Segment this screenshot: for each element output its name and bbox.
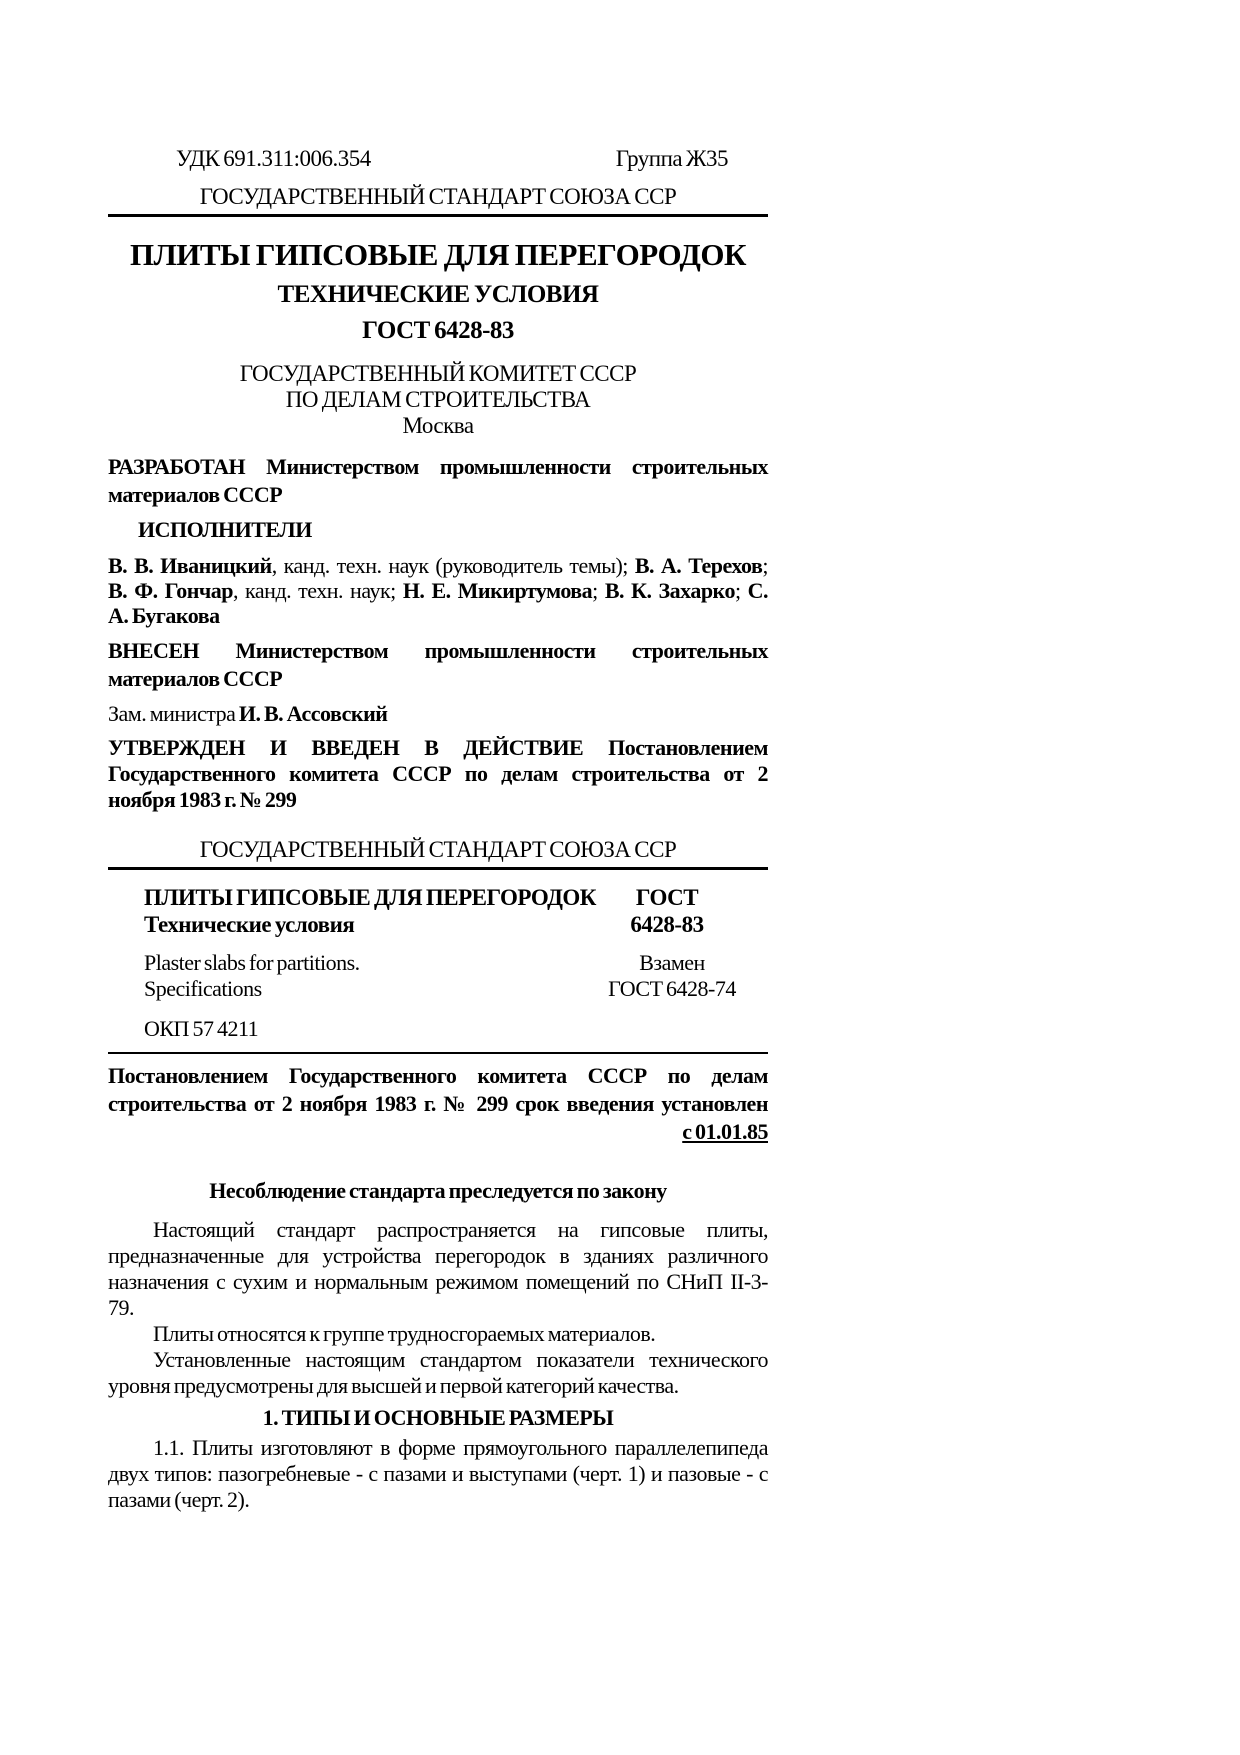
document-body: УДК 691.311:006.354 Группа Ж35 ГОСУДАРСТ…: [108, 0, 768, 1513]
law-notice: Несоблюдение стандарта преследуется по з…: [108, 1178, 768, 1204]
executor-name: В. В. Иваницкий: [108, 553, 272, 578]
title-block-left: ПЛИТЫ ГИПСОВЫЕ ДЛЯ ПЕРЕГОРОДОК Техническ…: [108, 884, 602, 938]
gost-label: ГОСТ: [602, 884, 732, 911]
developed-line: материалов СССР: [108, 481, 768, 509]
executor-role: , канд. техн. наук (руководитель темы);: [272, 553, 635, 578]
classification-row: УДК 691.311:006.354 Группа Ж35: [108, 146, 768, 172]
section-1-heading: 1. ТИПЫ И ОСНОВНЫЕ РАЗМЕРЫ: [108, 1405, 768, 1431]
enactment-date: с 01.01.85: [682, 1119, 768, 1144]
state-standard-heading-2: ГОСУДАРСТВЕННЫЙ СТАНДАРТ СОЮЗА ССР: [108, 837, 768, 870]
clause-line: двух типов: пазогребневые - с пазами и в…: [108, 1461, 768, 1487]
clause-1-1-paragraph: 1.1. Плиты изготовляют в форме прямоугол…: [108, 1435, 768, 1513]
clause-line: 1.1. Плиты изготовляют в форме прямоугол…: [108, 1435, 768, 1461]
separator: ;: [735, 578, 748, 603]
clause-line: пазами (черт. 2).: [108, 1487, 768, 1513]
committee-city: Москва: [108, 413, 768, 439]
document-page: { "header": { "udk": "УДК 691.311:006.35…: [0, 0, 1240, 1755]
deputy-name: И. В. Ассовский: [239, 701, 388, 726]
committee-line-1: ГОСУДАРСТВЕННЫЙ КОМИТЕТ СССР: [108, 361, 768, 387]
gost-number: 6428-83: [602, 911, 732, 938]
quality-line: уровня предусмотрены для высшей и первой…: [108, 1373, 768, 1399]
executor-role: , канд. техн. наук;: [233, 578, 403, 603]
executors-line: В. В. Иваницкий, канд. техн. наук (руков…: [108, 553, 768, 578]
english-title-line: Plaster slabs for partitions.: [144, 950, 592, 976]
enactment-date-line: с 01.01.85: [108, 1118, 768, 1146]
submitted-line: ВНЕСЕН Министерством промышленности стро…: [108, 637, 768, 665]
executors-list: В. В. Иваницкий, канд. техн. наук (руков…: [108, 553, 768, 628]
executor-name: С.: [748, 578, 768, 603]
title-block-title: ПЛИТЫ ГИПСОВЫЕ ДЛЯ ПЕРЕГОРОДОК: [144, 884, 602, 911]
separator: ;: [592, 578, 605, 603]
replaces-label: Взамен: [592, 950, 752, 976]
intro-paragraph: Настоящий стандарт распространяется на г…: [108, 1217, 768, 1321]
document-subtitle: ТЕХНИЧЕСКИЕ УСЛОВИЯ: [108, 281, 768, 309]
standard-number: ГОСТ 6428-83: [108, 317, 768, 345]
title-block-row: ПЛИТЫ ГИПСОВЫЕ ДЛЯ ПЕРЕГОРОДОК Техническ…: [108, 884, 768, 938]
executors-line: В. Ф. Гончар, канд. техн. наук; Н. Е. Ми…: [108, 578, 768, 603]
udk-code: УДК 691.311:006.354: [176, 146, 371, 172]
replaces-number: ГОСТ 6428-74: [592, 976, 752, 1002]
horizontal-rule: [108, 1052, 768, 1054]
approved-line: ноября 1983 г. № 299: [108, 787, 768, 813]
deputy-title: Зам. министра: [108, 701, 239, 726]
replaces-block: Взамен ГОСТ 6428-74: [592, 950, 752, 1002]
quality-paragraph: Установленные настоящим стандартом показ…: [108, 1347, 768, 1399]
developed-line: РАЗРАБОТАН Министерством промышленности …: [108, 453, 768, 481]
committee-line-2: ПО ДЕЛАМ СТРОИТЕЛЬСТВА: [108, 387, 768, 413]
intro-line: назначения с сухим и нормальным режимом …: [108, 1269, 768, 1295]
submitted-statement: ВНЕСЕН Министерством промышленности стро…: [108, 637, 768, 693]
document-title: ПЛИТЫ ГИПСОВЫЕ ДЛЯ ПЕРЕГОРОДОК: [108, 237, 768, 273]
group-code: Группа Ж35: [616, 146, 728, 172]
separator: ;: [762, 553, 768, 578]
title-block-subtitle: Технические условия: [144, 911, 602, 938]
approved-line: УТВЕРЖДЕН И ВВЕДЕН В ДЕЙСТВИЕ Постановле…: [108, 735, 768, 761]
enactment-line: Постановлением Государственного комитета…: [108, 1062, 768, 1090]
fire-resistance-paragraph: Плиты относятся к группе трудносгораемых…: [108, 1321, 768, 1347]
executor-name: Н. Е. Микиртумова: [403, 578, 592, 603]
enactment-statement: Постановлением Государственного комитета…: [108, 1062, 768, 1118]
enactment-line: строительства от 2 ноября 1983 г. № 299 …: [108, 1090, 768, 1118]
executors-heading: ИСПОЛНИТЕЛИ: [108, 517, 768, 543]
intro-line: предназначенные для устройства перегород…: [108, 1243, 768, 1269]
english-title-row: Plaster slabs for partitions. Specificat…: [108, 950, 768, 1002]
intro-line: Настоящий стандарт распространяется на г…: [108, 1217, 768, 1243]
english-title-left: Plaster slabs for partitions. Specificat…: [108, 950, 592, 1002]
approved-statement: УТВЕРЖДЕН И ВВЕДЕН В ДЕЙСТВИЕ Постановле…: [108, 735, 768, 813]
quality-line: Установленные настоящим стандартом показ…: [108, 1347, 768, 1373]
submitted-line: материалов СССР: [108, 665, 768, 693]
executor-name: В. А. Терехов: [635, 553, 763, 578]
title-block-right: ГОСТ 6428-83: [602, 884, 732, 938]
executor-name: В. Ф. Гончар: [108, 578, 233, 603]
okp-code: ОКП 57 4211: [108, 1016, 768, 1042]
deputy-minister-line: Зам. министра И. В. Ассовский: [108, 701, 768, 727]
developed-statement: РАЗРАБОТАН Министерством промышленности …: [108, 453, 768, 509]
approved-line: Государственного комитета СССР по делам …: [108, 761, 768, 787]
committee-block: ГОСУДАРСТВЕННЫЙ КОМИТЕТ СССР ПО ДЕЛАМ СТ…: [108, 361, 768, 439]
state-standard-heading: ГОСУДАРСТВЕННЫЙ СТАНДАРТ СОЮЗА ССР: [108, 184, 768, 217]
executor-name: А. Бугакова: [108, 603, 220, 628]
executors-line: А. Бугакова: [108, 603, 768, 628]
executor-name: В. К. Захарко: [605, 578, 735, 603]
english-title-line: Specifications: [144, 976, 592, 1002]
intro-line: 79.: [108, 1295, 768, 1321]
